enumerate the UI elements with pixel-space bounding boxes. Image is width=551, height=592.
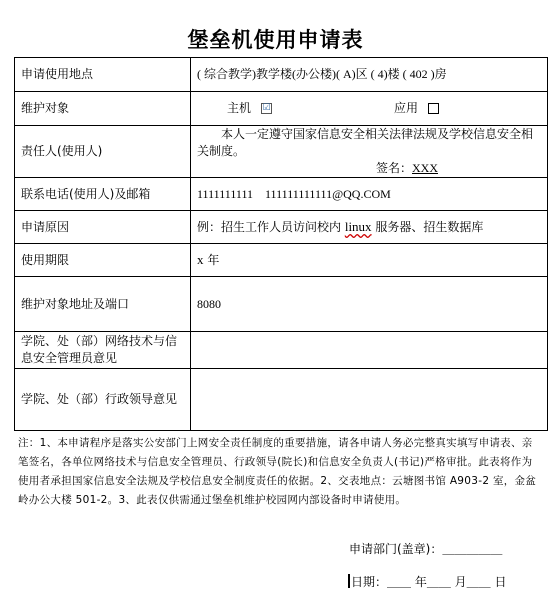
label-admin-leader-opinion: 学院、处（部）行政领导意见: [15, 369, 191, 431]
checkbox-unchecked-icon[interactable]: [428, 103, 439, 114]
label-address-port: 维护对象地址及端口: [15, 277, 191, 332]
checkbox-checked-icon[interactable]: ☑: [261, 103, 272, 114]
value-location[interactable]: ( 综合教学)教学楼(办公楼)( A)区 ( 4)楼 ( 402 )房: [191, 58, 548, 92]
label-duration: 使用期限: [15, 244, 191, 277]
reason-text-prefix: 例：招生工作人员访问校内: [197, 220, 345, 234]
signature-value[interactable]: XXX: [412, 161, 438, 175]
value-contact[interactable]: 1111111111 111111111111@QQ.COM: [191, 178, 548, 211]
signature-label: 签名：: [376, 161, 412, 175]
value-maintenance-target: 主机 ☑ 应用: [191, 92, 548, 126]
date-label: 日期：＿＿ 年＿＿ 月＿＿ 日: [351, 575, 506, 589]
label-responsible-person: 责任人(使用人): [15, 126, 191, 178]
value-reason[interactable]: 例：招生工作人员访问校内 linux 服务器、招生数据库: [191, 211, 548, 244]
signature-line: 签名：XXX: [197, 160, 541, 177]
footnote: 注：1、本申请程序是落实公安部门上网安全责任制度的重要措施，请各申请人务必完整真…: [18, 434, 543, 510]
row-maintenance-target: 维护对象 主机 ☑ 应用: [15, 92, 548, 126]
date-line: 日期：＿＿ 年＿＿ 月＿＿ 日: [348, 573, 506, 590]
row-contact: 联系电话(使用人)及邮箱 1111111111 111111111111@QQ.…: [15, 178, 548, 211]
duration-unit: 年: [204, 253, 220, 267]
application-form-table: 申请使用地点 ( 综合教学)教学楼(办公楼)( A)区 ( 4)楼 ( 402 …: [14, 57, 548, 431]
label-security-admin-opinion: 学院、处（部）网络技术与信息安全管理员意见: [15, 332, 191, 369]
label-location: 申请使用地点: [15, 58, 191, 92]
value-address-port[interactable]: 8080: [191, 277, 548, 332]
row-duration: 使用期限 x 年: [15, 244, 548, 277]
option-application-label: 应用: [394, 100, 418, 117]
pledge-text: 本人一定遵守国家信息安全相关法律法规及学校信息安全相关制度。: [197, 126, 541, 160]
value-responsible-person: 本人一定遵守国家信息安全相关法律法规及学校信息安全相关制度。 签名：XXX: [191, 126, 548, 178]
row-address-port: 维护对象地址及端口 8080: [15, 277, 548, 332]
applicant-department-stamp: 申请部门(盖章)：＿＿＿＿＿: [349, 540, 502, 557]
option-host[interactable]: 主机 ☑: [227, 100, 272, 117]
reason-text-suffix: 服务器、招生数据库: [372, 220, 484, 234]
label-contact: 联系电话(使用人)及邮箱: [15, 178, 191, 211]
row-location: 申请使用地点 ( 综合教学)教学楼(办公楼)( A)区 ( 4)楼 ( 402 …: [15, 58, 548, 92]
text-cursor: [348, 574, 350, 588]
option-application[interactable]: 应用: [394, 100, 439, 117]
row-admin-leader-opinion: 学院、处（部）行政领导意见: [15, 369, 548, 431]
label-maintenance-target: 维护对象: [15, 92, 191, 126]
row-reason: 申请原因 例：招生工作人员访问校内 linux 服务器、招生数据库: [15, 211, 548, 244]
value-admin-leader-opinion[interactable]: [191, 369, 548, 431]
reason-spellcheck-word: linux: [345, 219, 372, 234]
option-host-label: 主机: [227, 100, 251, 117]
row-responsible-person: 责任人(使用人) 本人一定遵守国家信息安全相关法律法规及学校信息安全相关制度。 …: [15, 126, 548, 178]
label-reason: 申请原因: [15, 211, 191, 244]
value-duration[interactable]: x 年: [191, 244, 548, 277]
value-security-admin-opinion[interactable]: [191, 332, 548, 369]
form-title: 堡垒机使用申请表: [0, 24, 551, 54]
row-security-admin-opinion: 学院、处（部）网络技术与信息安全管理员意见: [15, 332, 548, 369]
